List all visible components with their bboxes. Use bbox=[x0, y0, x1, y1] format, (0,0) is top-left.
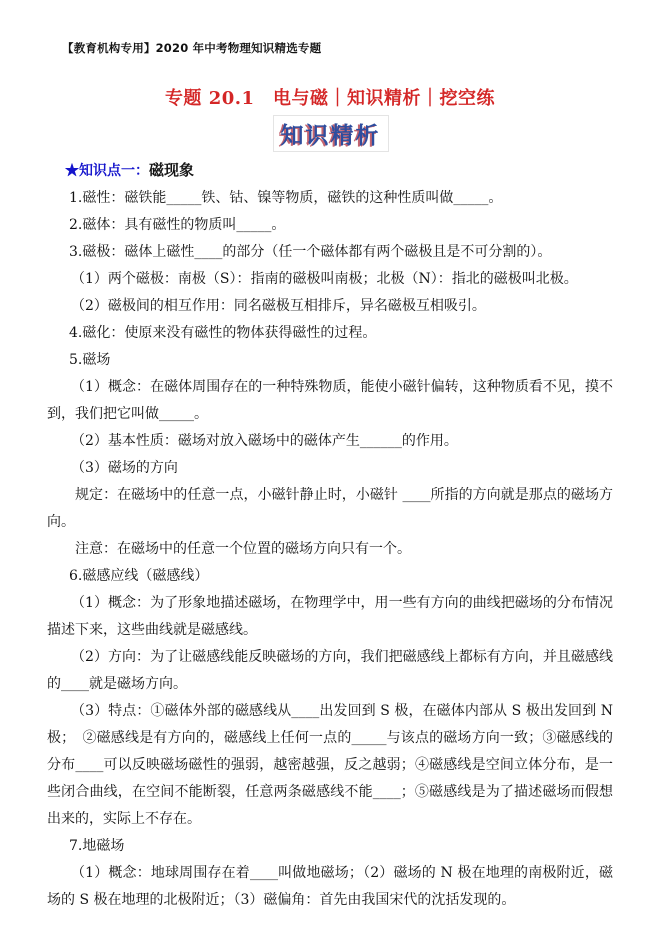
para-pole-interaction: （2）磁极间的相互作用：同名磁极互相排斥，异名磁极互相吸引。 bbox=[47, 293, 613, 320]
para-field-concept: （1）概念：在磁体周围存在的一种特殊物质，能使小磁针偏转，这种物质看不见，摸不到… bbox=[47, 374, 613, 428]
document-page: 【教育机构专用】2020 年中考物理知识精选专题 专题 20.1 电与磁｜知识精… bbox=[0, 0, 661, 935]
document-header: 【教育机构专用】2020 年中考物理知识精选专题 bbox=[62, 40, 321, 56]
para-field-direction: （3）磁场的方向 bbox=[47, 455, 613, 482]
para-magnetic-poles: 3.磁极：磁体上磁性____的部分（任一个磁体都有两个磁极且是不可分割的）。 bbox=[47, 239, 613, 266]
para-magnetic-field: 5.磁场 bbox=[47, 347, 613, 374]
page-title: 专题 20.1 电与磁｜知识精析｜挖空练 bbox=[47, 84, 613, 110]
para-field-property: （2）基本性质：磁场对放入磁场中的磁体产生______的作用。 bbox=[47, 428, 613, 455]
para-lines-concept: （1）概念：为了形象地描述磁场，在物理学中，用一些有方向的曲线把磁场的分布情况描… bbox=[47, 590, 613, 644]
para-magnetism: 1.磁性：磁铁能_____铁、钴、镍等物质，磁铁的这种性质叫做_____。 bbox=[47, 185, 613, 212]
document-body: ★知识点一：磁现象 1.磁性：磁铁能_____铁、钴、镍等物质，磁铁的这种性质叫… bbox=[47, 157, 613, 914]
knowledge-analysis-banner: 知识精析 bbox=[273, 115, 389, 152]
para-geomagnetic-detail: （1）概念：地球周围存在着____叫做地磁场；（2）磁场的 N 极在地理的南极附… bbox=[47, 860, 613, 914]
para-magnetization: 4.磁化：使原来没有磁性的物体获得磁性的过程。 bbox=[47, 320, 613, 347]
para-lines-features: （3）特点：①磁体外部的磁感线从____出发回到 S 极，在磁体内部从 S 极出… bbox=[47, 698, 613, 833]
para-two-poles: （1）两个磁极：南极（S）：指南的磁极叫南极；北极（N）：指北的磁极叫北极。 bbox=[47, 266, 613, 293]
banner-container: 知识精析 bbox=[0, 115, 661, 152]
para-lines-direction: （2）方向：为了让磁感线能反映磁场的方向，我们把磁感线上都标有方向，并且磁感线的… bbox=[47, 644, 613, 698]
para-geomagnetic-field: 7.地磁场 bbox=[47, 833, 613, 860]
star-icon: ★ bbox=[65, 163, 79, 179]
para-field-lines: 6.磁感应线（磁感线） bbox=[47, 563, 613, 590]
para-magnet: 2.磁体：具有磁性的物质叫_____。 bbox=[47, 212, 613, 239]
para-field-rule: 规定：在磁场中的任意一点，小磁针静止时，小磁针 ____所指的方向就是那点的磁场… bbox=[47, 482, 613, 536]
knowledge-point-label: 知识点一： bbox=[79, 163, 149, 179]
knowledge-point-topic: 磁现象 bbox=[149, 161, 194, 179]
knowledge-point-header: ★知识点一：磁现象 bbox=[47, 157, 613, 185]
para-field-note: 注意：在磁场中的任意一个位置的磁场方向只有一个。 bbox=[47, 536, 613, 563]
